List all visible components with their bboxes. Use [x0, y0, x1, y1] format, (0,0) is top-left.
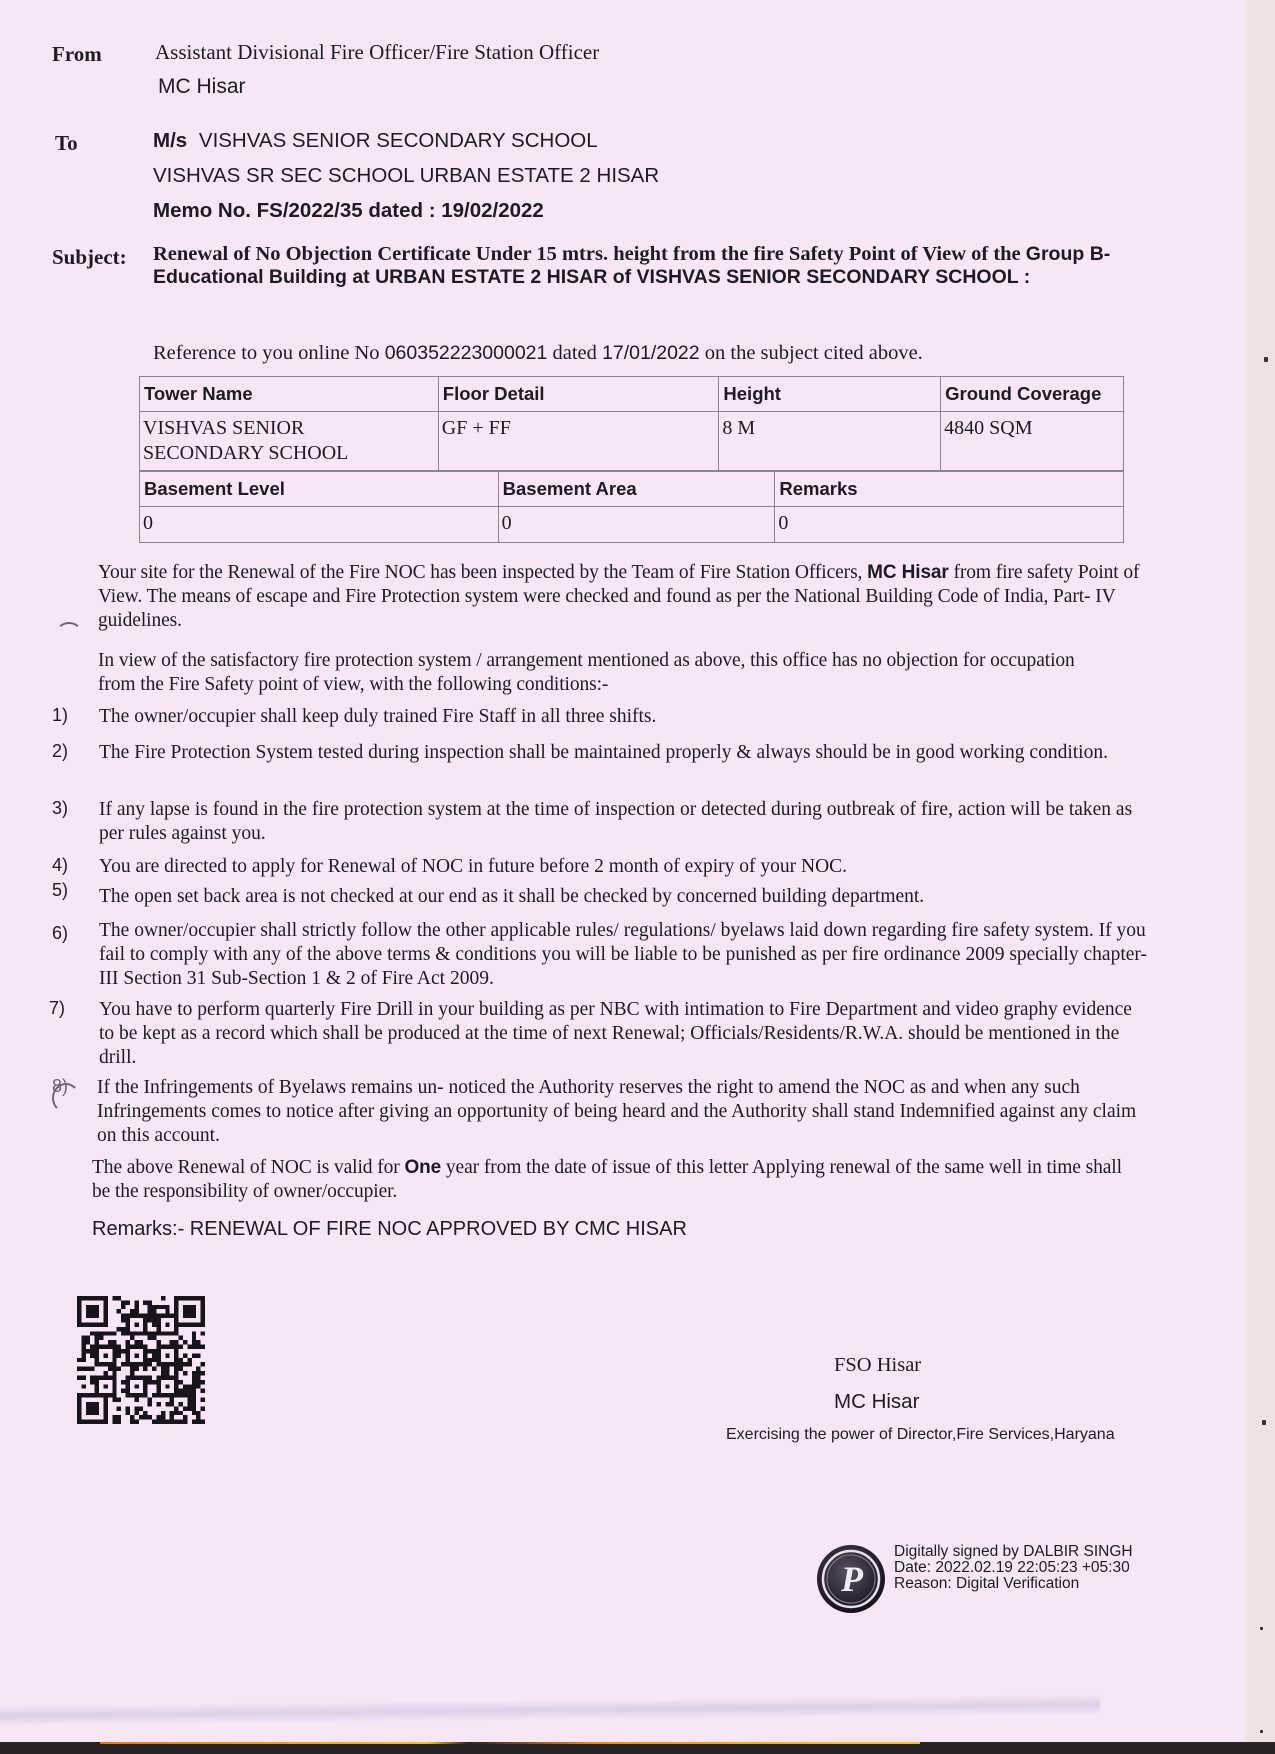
condition-text: You are directed to apply for Renewal of… — [99, 855, 1149, 879]
cell-tower-name: VISHVAS SENIOR SECONDARY SCHOOL — [140, 412, 439, 471]
reference-dated-label: dated — [553, 342, 597, 364]
table-header-row: Tower Name Floor Detail Height Ground Co… — [140, 377, 1124, 412]
reference-number: 060352223000021 — [385, 342, 548, 364]
header-floor-detail: Floor Detail — [438, 377, 719, 412]
condition-number: 1) — [52, 703, 68, 727]
from-label: From — [52, 42, 102, 67]
condition-text: If the Infringements of Byelaws remains … — [97, 1076, 1147, 1148]
cell-basement-level: 0 — [140, 507, 499, 543]
inspection-authority: MC Hisar — [867, 562, 949, 583]
validity-text-pre: The above Renewal of NOC is valid for — [92, 1157, 400, 1178]
scan-right-margin — [1246, 0, 1275, 1742]
header-remarks: Remarks — [775, 472, 1124, 507]
digital-signature-text: Digitally signed by DALBIR SINGH Date: 2… — [894, 1544, 1133, 1592]
approval-remarks: Remarks:- RENEWAL OF FIRE NOC APPROVED B… — [92, 1218, 687, 1241]
pen-mark — [56, 622, 82, 644]
recipient-prefix: M/s — [153, 129, 187, 152]
validity-paragraph: The above Renewal of NOC is valid for On… — [92, 1156, 1142, 1204]
from-location: MC Hisar — [158, 75, 246, 99]
digital-sign-date: Date: 2022.02.19 22:05:23 +05:30 — [894, 1560, 1133, 1576]
p-seal-icon: P — [815, 1543, 887, 1615]
condition-number: 3) — [52, 796, 68, 820]
condition-text: The open set back area is not checked at… — [99, 885, 1149, 909]
cell-floor-detail: GF + FF — [438, 412, 719, 471]
header-basement-area: Basement Area — [498, 472, 775, 507]
scan-bottom-edge — [0, 1742, 1275, 1754]
digital-sign-reason: Reason: Digital Verification — [894, 1576, 1133, 1592]
cell-basement-area: 0 — [498, 507, 775, 543]
condition-number: 2) — [52, 739, 68, 763]
building-details-table: Tower Name Floor Detail Height Ground Co… — [139, 376, 1124, 471]
table-header-row: Basement Level Basement Area Remarks — [140, 472, 1124, 507]
table-row: VISHVAS SENIOR SECONDARY SCHOOL GF + FF … — [140, 412, 1124, 471]
condition-text: If any lapse is found in the fire protec… — [99, 798, 1149, 846]
cell-remarks: 0 — [775, 507, 1124, 543]
condition-text: The owner/occupier shall strictly follow… — [99, 919, 1149, 991]
header-height: Height — [719, 377, 941, 412]
svg-text:P: P — [840, 1559, 864, 1599]
inspection-text-pre: Your site for the Renewal of the Fire NO… — [98, 562, 862, 583]
subject-part1: Renewal of No Objection Certificate Unde… — [153, 243, 1021, 265]
basement-details-table: Basement Level Basement Area Remarks 0 0… — [139, 471, 1124, 543]
recipient-name: M/s VISHVAS SENIOR SECONDARY SCHOOL — [153, 129, 598, 153]
condition-text: The Fire Protection System tested during… — [99, 741, 1149, 765]
condition-text: The owner/occupier shall keep duly train… — [99, 705, 1149, 729]
table-row: 0 0 0 — [140, 507, 1124, 543]
reference-date: 17/01/2022 — [602, 342, 700, 364]
document-page: From Assistant Divisional Fire Officer/F… — [0, 0, 1246, 1742]
header-ground-coverage: Ground Coverage — [941, 377, 1124, 412]
reference-line: Reference to you online No 0603522230000… — [153, 342, 923, 365]
condition-number: 4) — [52, 853, 68, 877]
recipient-address: VISHVAS SR SEC SCHOOL URBAN ESTATE 2 HIS… — [153, 164, 659, 188]
subject-text: Renewal of No Objection Certificate Unde… — [153, 243, 1143, 289]
to-label: To — [55, 131, 78, 156]
scan-smudge — [0, 1694, 1100, 1726]
no-objection-paragraph: In view of the satisfactory fire protect… — [98, 649, 1098, 697]
subject-label: Subject: — [52, 245, 127, 270]
recipient-school: VISHVAS SENIOR SECONDARY SCHOOL — [199, 129, 598, 152]
cell-ground-coverage: 4840 SQM — [941, 412, 1124, 471]
cell-height: 8 M — [719, 412, 941, 471]
reference-prefix: Reference to you online No — [153, 342, 380, 364]
qr-code-icon — [77, 1296, 205, 1424]
memo-number: Memo No. FS/2022/35 dated : 19/02/2022 — [153, 199, 544, 223]
validity-duration: One — [404, 1157, 441, 1178]
pen-mark — [52, 1083, 80, 1113]
from-office: Assistant Divisional Fire Officer/Fire S… — [155, 40, 599, 65]
digital-signer: Digitally signed by DALBIR SINGH — [894, 1544, 1133, 1560]
inspection-paragraph: Your site for the Renewal of the Fire NO… — [98, 561, 1148, 633]
condition-number: 6) — [52, 921, 68, 945]
reference-suffix: on the subject cited above. — [705, 342, 923, 364]
condition-number: 5) — [52, 878, 68, 902]
condition-number: 7) — [49, 996, 65, 1020]
header-tower-name: Tower Name — [140, 377, 439, 412]
signatory-title: FSO Hisar — [834, 1354, 921, 1377]
signatory-office: MC Hisar — [834, 1390, 919, 1414]
condition-text: You have to perform quarterly Fire Drill… — [99, 998, 1149, 1070]
signatory-authority: Exercising the power of Director,Fire Se… — [726, 1426, 1115, 1444]
header-basement-level: Basement Level — [140, 472, 499, 507]
